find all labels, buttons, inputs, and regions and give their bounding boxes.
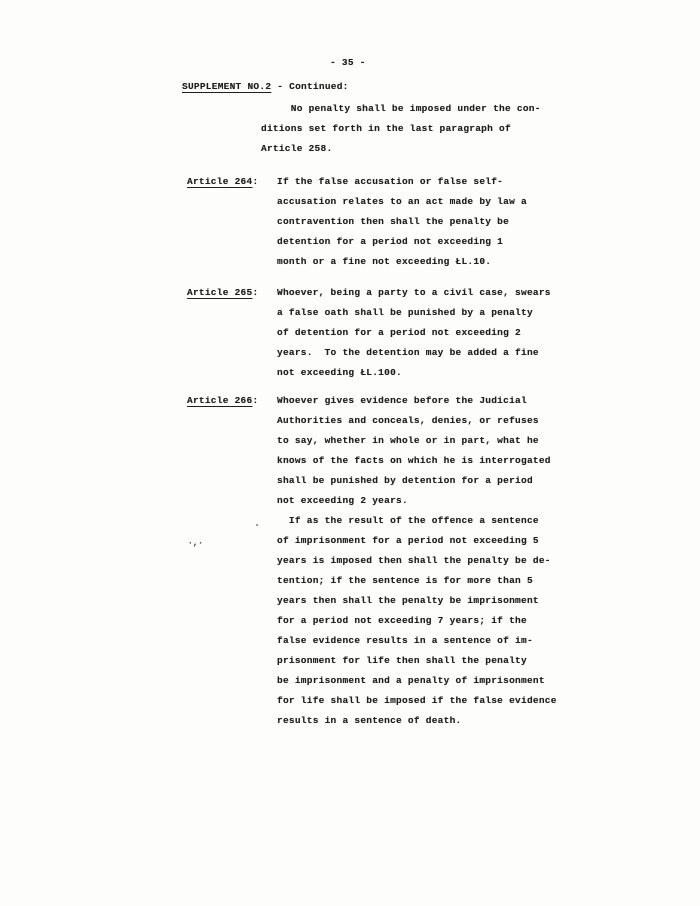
supplement-continued-suffix: - Continued:: [271, 81, 348, 92]
article-264-body: If the false accusation or false self-ac…: [277, 172, 527, 272]
text-line: not exceeding 2 years.: [277, 491, 557, 511]
text-line: knows of the facts on which he is interr…: [277, 451, 557, 471]
text-line: No penalty shall be imposed under the co…: [261, 99, 541, 119]
article-265-body: Whoever, being a party to a civil case, …: [277, 283, 551, 383]
article-266-heading: Article 266: [187, 395, 252, 406]
text-line: be imprisonment and a penalty of impriso…: [277, 671, 557, 691]
text-line: detention for a period not exceeding 1: [277, 232, 527, 252]
text-line: Whoever gives evidence before the Judici…: [277, 391, 557, 411]
text-line: Whoever, being a party to a civil case, …: [277, 283, 551, 303]
article-266-label: Article 266:: [187, 391, 258, 411]
supplement-title: SUPPLEMENT NO.2: [182, 81, 271, 92]
text-line: not exceeding ŁL.100.: [277, 363, 551, 383]
text-line: accusation relates to an act made by law…: [277, 192, 527, 212]
scan-smudge-mark: -: [255, 523, 259, 530]
text-line: contravention then shall the penalty be: [277, 212, 527, 232]
article-266-body: Whoever gives evidence before the Judici…: [277, 391, 557, 731]
article-264-heading: Article 264: [187, 176, 252, 187]
text-line: tention; if the sentence is for more tha…: [277, 571, 557, 591]
text-line: prisonment for life then shall the penal…: [277, 651, 557, 671]
text-line: If as the result of the offence a senten…: [277, 511, 557, 531]
page-number: - 35 -: [330, 53, 366, 73]
text-line: a false oath shall be punished by a pena…: [277, 303, 551, 323]
article-264-label: Article 264:: [187, 172, 258, 192]
scan-smudge-mark: ·: [392, 459, 396, 466]
text-line: of imprisonment for a period not exceedi…: [277, 531, 557, 551]
article-265-heading: Article 265: [187, 287, 252, 298]
text-line: years then shall the penalty be imprison…: [277, 591, 557, 611]
text-line: to say, whether in whole or in part, wha…: [277, 431, 557, 451]
supplement-header: SUPPLEMENT NO.2 - Continued:: [182, 77, 349, 97]
text-line: years is imposed then shall the penalty …: [277, 551, 557, 571]
text-line: for life shall be imposed if the false e…: [277, 691, 557, 711]
text-line: If the false accusation or false self-: [277, 172, 527, 192]
text-line: for a period not exceeding 7 years; if t…: [277, 611, 557, 631]
intro-paragraph: No penalty shall be imposed under the co…: [261, 99, 541, 159]
text-line: results in a sentence of death.: [277, 711, 557, 731]
article-265-colon: :: [252, 287, 258, 298]
text-line: shall be punished by detention for a per…: [277, 471, 557, 491]
text-line: of detention for a period not exceeding …: [277, 323, 551, 343]
text-line: years. To the detention may be added a f…: [277, 343, 551, 363]
article-265-label: Article 265:: [187, 283, 258, 303]
article-264-colon: :: [252, 176, 258, 187]
text-line: Authorities and conceals, denies, or ref…: [277, 411, 557, 431]
text-line: month or a fine not exceeding ŁL.10.: [277, 252, 527, 272]
text-line: ditions set forth in the last paragraph …: [261, 119, 541, 139]
text-line: Article 258.: [261, 139, 541, 159]
text-line: false evidence results in a sentence of …: [277, 631, 557, 651]
article-266-colon: :: [252, 395, 258, 406]
scan-smudge-mark: ·,·: [188, 540, 203, 547]
document-page: - 35 - SUPPLEMENT NO.2 - Continued: No p…: [0, 0, 700, 906]
